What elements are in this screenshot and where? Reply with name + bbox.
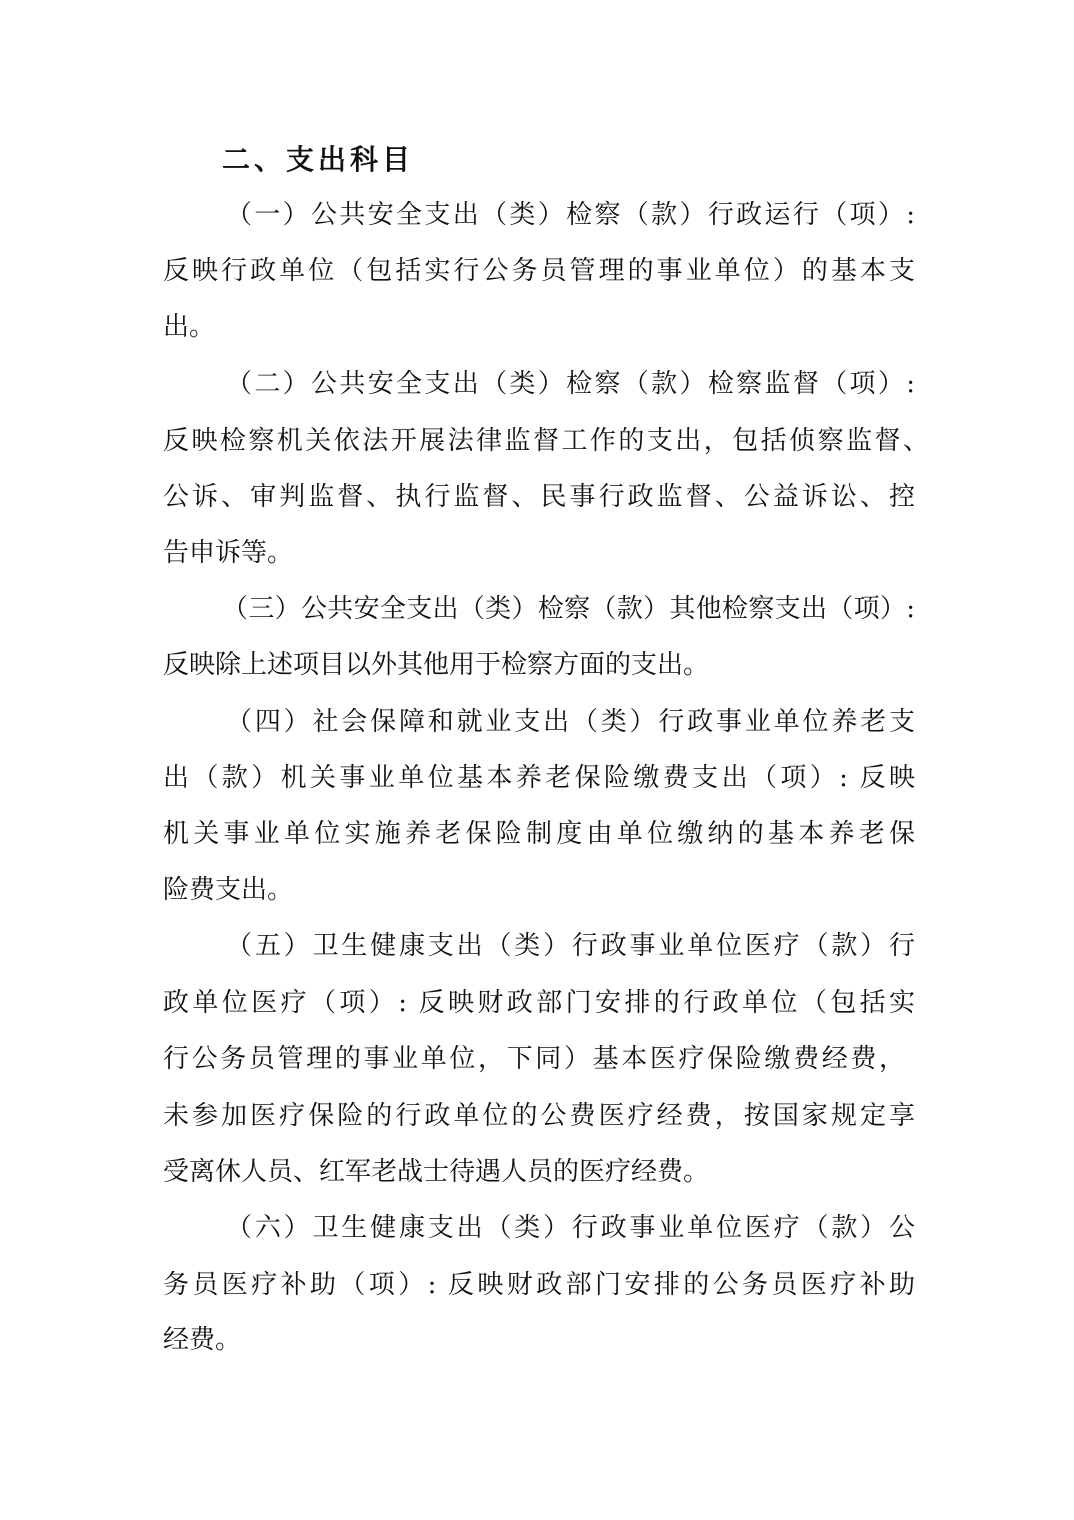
paragraph-line: 务员医疗补助（项）: 反映财政部门安排的公务员医疗补助 [163, 1265, 915, 1305]
section-heading: 二、支出科目 [222, 140, 414, 180]
paragraph-line: （二）公共安全支出（类）检察（款）检察监督（项）: [226, 364, 915, 404]
paragraph-line: 机关事业单位实施养老保险制度由单位缴纳的基本养老保 [163, 814, 915, 854]
paragraph-line: 出。 [163, 307, 915, 347]
paragraph-line: 受离休人员、红军老战士待遇人员的医疗经费。 [163, 1152, 915, 1192]
paragraph-line: （四）社会保障和就业支出（类）行政事业单位养老支 [226, 702, 915, 742]
paragraph-line: 反映检察机关依法开展法律监督工作的支出，包括侦察监督、 [163, 421, 929, 461]
paragraph-line: 政单位医疗（项）: 反映财政部门安排的行政单位（包括实 [163, 983, 915, 1023]
paragraph-line: 行公务员管理的事业单位，下同）基本医疗保险缴费经费， [163, 1039, 905, 1079]
paragraph-line: 反映行政单位（包括实行公务员管理的事业单位）的基本支 [163, 251, 915, 291]
paragraph-line: （三）公共安全支出（类）检察（款）其他检察支出（项）: [222, 589, 915, 629]
paragraph-line: 反映除上述项目以外其他用于检察方面的支出。 [163, 645, 915, 685]
paragraph-line: 出（款）机关事业单位基本养老保险缴费支出（项）: 反映 [163, 758, 915, 798]
paragraph-line: 险费支出。 [163, 870, 915, 910]
paragraph-line: （五）卫生健康支出（类）行政事业单位医疗（款）行 [226, 926, 915, 966]
paragraph-line: 经费。 [163, 1320, 915, 1360]
paragraph-line: 未参加医疗保险的行政单位的公费医疗经费，按国家规定享 [163, 1096, 915, 1136]
document-page: 二、支出科目 （一）公共安全支出（类）检察（款）行政运行（项）: 反映行政单位（… [0, 0, 1074, 1520]
paragraph-line: 告申诉等。 [163, 533, 915, 573]
paragraph-line: （六）卫生健康支出（类）行政事业单位医疗（款）公 [226, 1208, 915, 1248]
paragraph-line: 公诉、审判监督、执行监督、民事行政监督、公益诉讼、控 [163, 477, 915, 517]
paragraph-line: （一）公共安全支出（类）检察（款）行政运行（项）: [226, 195, 915, 235]
